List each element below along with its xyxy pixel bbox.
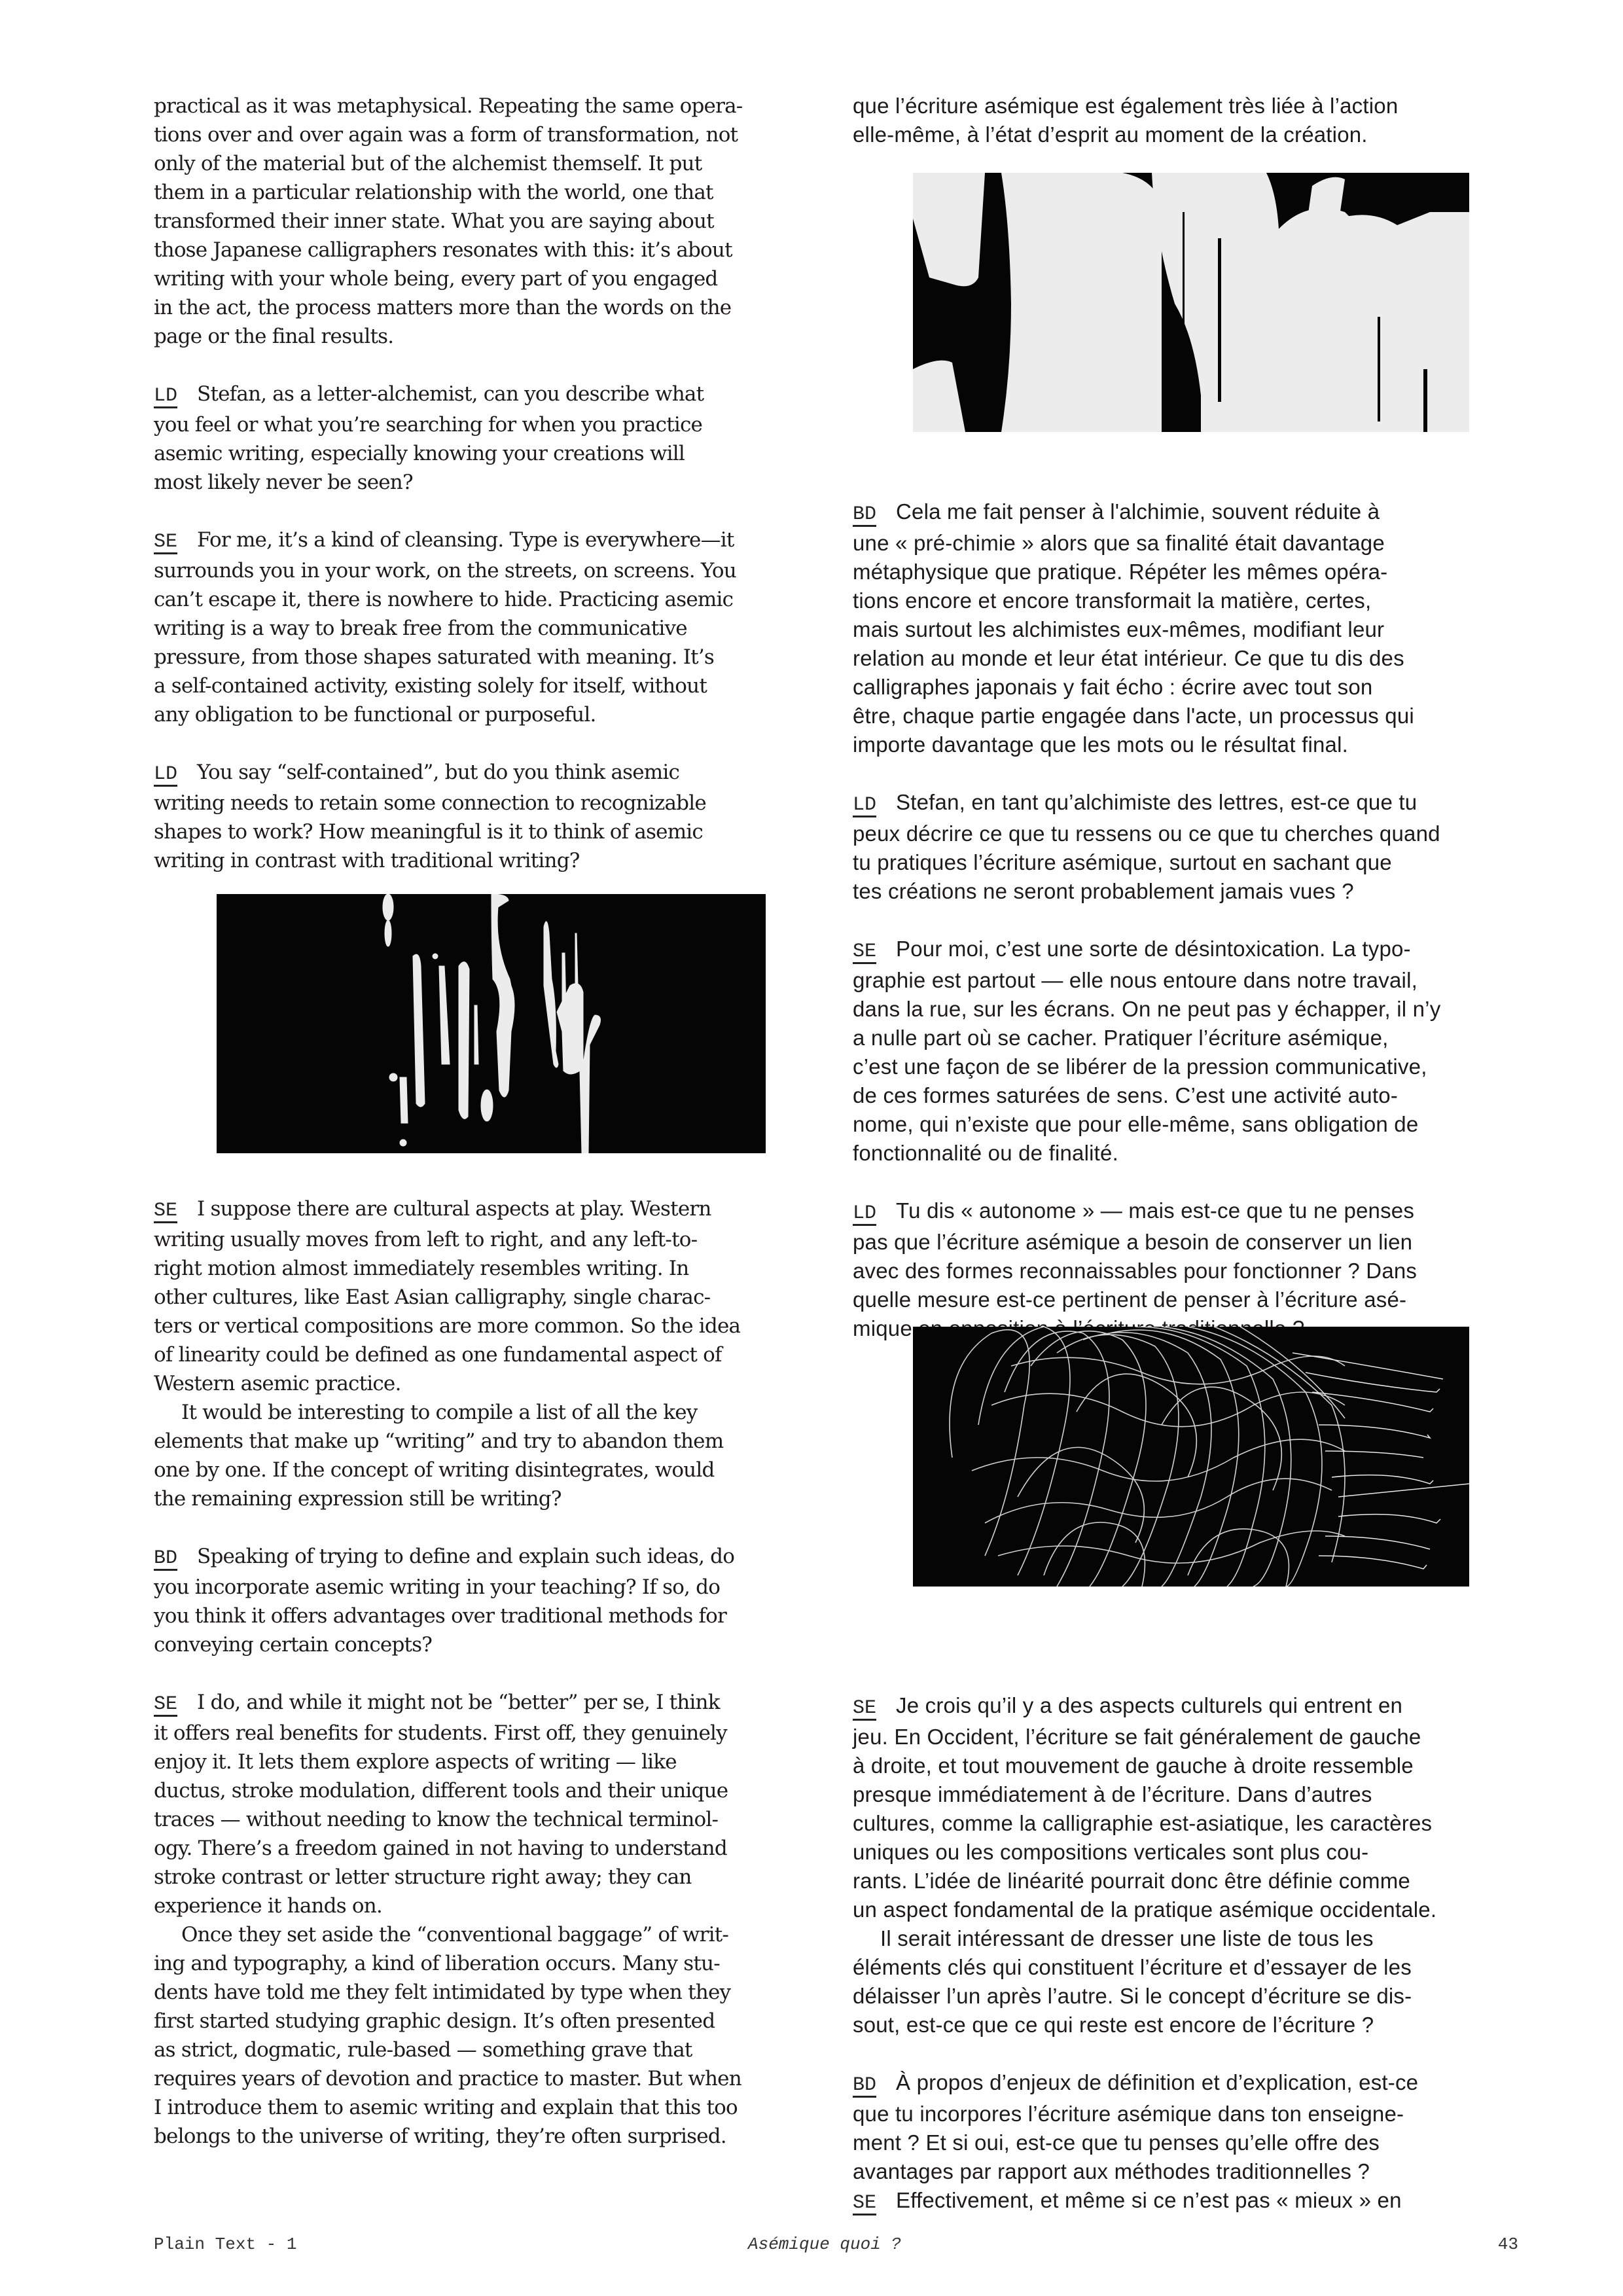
text-line: one by one. If the concept of writing di… <box>154 1456 834 1484</box>
text-line: être, chaque partie engagée dans l'acte,… <box>853 702 1507 730</box>
answer-se: SEI do, and while it might not be “bette… <box>154 1688 834 2151</box>
text-line: de ces formes saturées de sens. C’est un… <box>853 1081 1507 1110</box>
text-line: une « pré-chimie » alors que sa finalité… <box>853 529 1507 558</box>
question-ld: LDStefan, en tant qu’alchimiste des lett… <box>853 788 1507 906</box>
text-line: que tu incorpores l’écriture asémique da… <box>853 2100 1507 2128</box>
text-line: dans la rue, sur les écrans. On ne peut … <box>853 995 1507 1024</box>
question-ld: LDYou say “self-contained”, but do you t… <box>154 758 834 875</box>
text-line: cultures, comme la calligraphie est-asia… <box>853 1809 1507 1838</box>
text-line: Once they set aside the “conventional ba… <box>154 1920 834 1949</box>
text-line: it offers real benefits for students. Fi… <box>154 1719 834 1748</box>
text-line: writing in contrast with traditional wri… <box>154 846 834 875</box>
text-line: enjoy it. It lets them explore aspects o… <box>154 1748 834 1776</box>
paragraph-continued: que l’écriture asémique est également tr… <box>853 92 1507 149</box>
text-line: Il serait intéressant de dresser une lis… <box>853 1924 1507 1953</box>
text-line: Stefan, as a letter-alchemist, can you d… <box>197 382 704 406</box>
text-line: métaphysique que pratique. Répéter les m… <box>853 558 1507 586</box>
text-line: ing and typography, a kind of liberation… <box>154 1949 834 1978</box>
text-line: importe davantage que les mots ou le rés… <box>853 730 1507 759</box>
text-line: fonctionnalité ou de finalité. <box>853 1139 1507 1168</box>
text-line: avec des formes reconnaissables pour fon… <box>853 1257 1507 1285</box>
brush-strokes-graphic <box>913 173 1469 432</box>
question-bd: BDCela me fait penser à l'alchimie, souv… <box>853 497 1507 759</box>
text-line: ters or vertical compositions are more c… <box>154 1312 834 1340</box>
answer-se: SEEffectivement, et même si ce n’est pas… <box>853 2186 1507 2217</box>
text-line: Western asemic practice. <box>154 1369 834 1398</box>
speaker-tag: SE <box>853 941 876 963</box>
text-line: belongs to the universe of writing, they… <box>154 2122 834 2151</box>
text-line: tions encore et encore transformait la m… <box>853 586 1507 615</box>
text-line: tions over and over again was a form of … <box>154 120 834 149</box>
text-line: avantages par rapport aux méthodes tradi… <box>853 2157 1507 2186</box>
text-line: in the act, the process matters more tha… <box>154 293 834 322</box>
speaker-tag: SE <box>154 1693 177 1715</box>
text-line: que l’écriture asémique est également tr… <box>853 92 1507 120</box>
text-line: rants. L’idée de linéarité pourrait donc… <box>853 1867 1507 1895</box>
vertical-drips-image <box>217 894 766 1153</box>
text-line: délaisser l’un après l’autre. Si le conc… <box>853 1982 1507 2011</box>
text-line: a nulle part où se cacher. Pratiquer l’é… <box>853 1024 1507 1052</box>
scribble-lines-image <box>913 1327 1469 1587</box>
paragraph-continued: practical as it was metaphysical. Repeat… <box>154 92 834 351</box>
text-line: surrounds you in your work, on the stree… <box>154 556 834 585</box>
text-line: tu pratiques l’écriture asémique, surtou… <box>853 848 1507 877</box>
scribble-lines-graphic <box>913 1327 1469 1587</box>
text-line: Tu dis « autonome » — mais est-ce que tu… <box>896 1198 1414 1223</box>
text-line: I do, and while it might not be “better”… <box>197 1691 720 1714</box>
text-line: I introduce them to asemic writing and e… <box>154 2093 834 2122</box>
text-line: presque immédiatement à de l’écriture. D… <box>853 1780 1507 1809</box>
text-line: I suppose there are cultural aspects at … <box>197 1197 711 1221</box>
speaker-tag: SE <box>154 531 177 553</box>
text-line: any obligation to be functional or purpo… <box>154 700 834 729</box>
speaker-tag: LD <box>853 1202 876 1225</box>
text-line: experience it hands on. <box>154 1892 834 1920</box>
speaker-tag: SE <box>853 1697 876 1719</box>
text-line: Speaking of trying to define and explain… <box>197 1545 734 1568</box>
text-line: For me, it’s a kind of cleansing. Type i… <box>197 528 734 552</box>
text-line: éléments clés qui constituent l’écriture… <box>853 1953 1507 1982</box>
question-ld: LDStefan, as a letter-alchemist, can you… <box>154 380 834 497</box>
text-line: ment ? Et si oui, est-ce que tu penses q… <box>853 2128 1507 2157</box>
page-number: 43 <box>1498 2234 1518 2254</box>
speaker-tag: BD <box>154 1547 177 1570</box>
text-line: most likely never be seen? <box>154 468 834 497</box>
text-line: first started studying graphic design. I… <box>154 2007 834 2036</box>
text-line: requires years of devotion and practice … <box>154 2064 834 2093</box>
text-line: Effectivement, et même si ce n’est pas «… <box>896 2188 1402 2212</box>
text-line: It would be interesting to compile a lis… <box>154 1398 834 1427</box>
text-line: a self-contained activity, existing sole… <box>154 672 834 700</box>
text-line: other cultures, like East Asian calligra… <box>154 1283 834 1312</box>
text-line: writing is a way to break free from the … <box>154 614 834 643</box>
text-line: nome, qui n’existe que pour elle-même, s… <box>853 1110 1507 1139</box>
text-line: those Japanese calligraphers resonates w… <box>154 236 834 264</box>
text-line: stroke contrast or letter structure righ… <box>154 1863 834 1892</box>
text-line: tes créations ne seront probablement jam… <box>853 877 1507 906</box>
text-line: mais surtout les alchimistes eux-mêmes, … <box>853 615 1507 644</box>
text-line: can’t escape it, there is nowhere to hid… <box>154 585 834 614</box>
text-line: you think it offers advantages over trad… <box>154 1602 834 1630</box>
text-line: à droite, et tout mouvement de gauche à … <box>853 1751 1507 1780</box>
text-line: relation au monde et leur état intérieur… <box>853 644 1507 673</box>
text-line: asemic writing, especially knowing your … <box>154 439 834 468</box>
brush-strokes-image <box>913 173 1469 432</box>
answer-se: SEJe crois qu’il y a des aspects culture… <box>853 1691 1507 2039</box>
text-line: peux décrire ce que tu ressens ou ce que… <box>853 819 1507 848</box>
speaker-tag: LD <box>853 794 876 816</box>
text-line: writing needs to retain some connection … <box>154 789 834 817</box>
speaker-tag: SE <box>154 1200 177 1222</box>
text-line: page or the final results. <box>154 322 834 351</box>
text-line: graphie est partout — elle nous entoure … <box>853 966 1507 995</box>
footer-article-title: Asémique quoi ? <box>748 2234 901 2254</box>
text-line: you incorporate asemic writing in your t… <box>154 1573 834 1602</box>
text-line: Je crois qu’il y a des aspects culturels… <box>896 1693 1402 1717</box>
text-line: calligraphes japonais y fait écho : écri… <box>853 673 1507 702</box>
text-line: À propos d’enjeux de définition et d’exp… <box>896 2070 1418 2094</box>
question-bd: BDÀ propos d’enjeux de définition et d’e… <box>853 2068 1507 2186</box>
vertical-drips-graphic <box>217 894 766 1153</box>
footer-publication: Plain Text - 1 <box>154 2234 296 2254</box>
text-line: writing usually moves from left to right… <box>154 1225 834 1254</box>
answer-se: SEFor me, it’s a kind of cleansing. Type… <box>154 526 834 729</box>
text-line: jeu. En Occident, l’écriture se fait gén… <box>853 1723 1507 1751</box>
text-line: dents have told me they felt intimidated… <box>154 1978 834 2007</box>
text-line: practical as it was metaphysical. Repeat… <box>154 92 834 120</box>
text-line: the remaining expression still be writin… <box>154 1484 834 1513</box>
question-bd: BDSpeaking of trying to define and expla… <box>154 1542 834 1659</box>
answer-se: SEI suppose there are cultural aspects a… <box>154 1194 834 1513</box>
text-line: Cela me fait penser à l'alchimie, souven… <box>896 499 1380 524</box>
text-line: uniques ou les compositions verticales s… <box>853 1838 1507 1867</box>
text-line: them in a particular relationship with t… <box>154 178 834 207</box>
answer-se: SEPour moi, c’est une sorte de désintoxi… <box>853 935 1507 1168</box>
text-line: ductus, stroke modulation, different too… <box>154 1776 834 1805</box>
text-line: right motion almost immediately resemble… <box>154 1254 834 1283</box>
text-line: un aspect fondamental de la pratique asé… <box>853 1895 1507 1924</box>
text-line: you feel or what you’re searching for wh… <box>154 410 834 439</box>
text-line: You say “self-contained”, but do you thi… <box>197 761 679 784</box>
question-ld: LDTu dis « autonome » — mais est-ce que … <box>853 1196 1507 1343</box>
text-line: pressure, from those shapes saturated wi… <box>154 643 834 672</box>
speaker-tag: LD <box>154 385 177 407</box>
text-line: quelle mesure est-ce pertinent de penser… <box>853 1285 1507 1314</box>
text-line: conveying certain concepts? <box>154 1630 834 1659</box>
text-line: as strict, dogmatic, rule-based — someth… <box>154 2036 834 2064</box>
speaker-tag: SE <box>853 2192 876 2214</box>
text-line: writing with your whole being, every par… <box>154 264 834 293</box>
text-line: of linearity could be defined as one fun… <box>154 1340 834 1369</box>
text-line: sout, est-ce que ce qui reste est encore… <box>853 2011 1507 2039</box>
speaker-tag: BD <box>853 2074 876 2096</box>
text-line: shapes to work? How meaningful is it to … <box>154 817 834 846</box>
speaker-tag: LD <box>154 763 177 785</box>
speaker-tag: BD <box>853 503 876 526</box>
text-line: only of the material but of the alchemis… <box>154 149 834 178</box>
text-line: Pour moi, c’est une sorte de désintoxica… <box>896 937 1411 961</box>
text-line: c’est une façon de se libérer de la pres… <box>853 1052 1507 1081</box>
text-line: transformed their inner state. What you … <box>154 207 834 236</box>
text-line: ogy. There’s a freedom gained in not hav… <box>154 1834 834 1863</box>
text-line: Stefan, en tant qu’alchimiste des lettre… <box>896 790 1417 814</box>
text-line: elements that make up “writing” and try … <box>154 1427 834 1456</box>
text-line: traces — without needing to know the tec… <box>154 1805 834 1834</box>
text-line: elle-même, à l’état d’esprit au moment d… <box>853 120 1507 149</box>
text-line: pas que l’écriture asémique a besoin de … <box>853 1228 1507 1257</box>
